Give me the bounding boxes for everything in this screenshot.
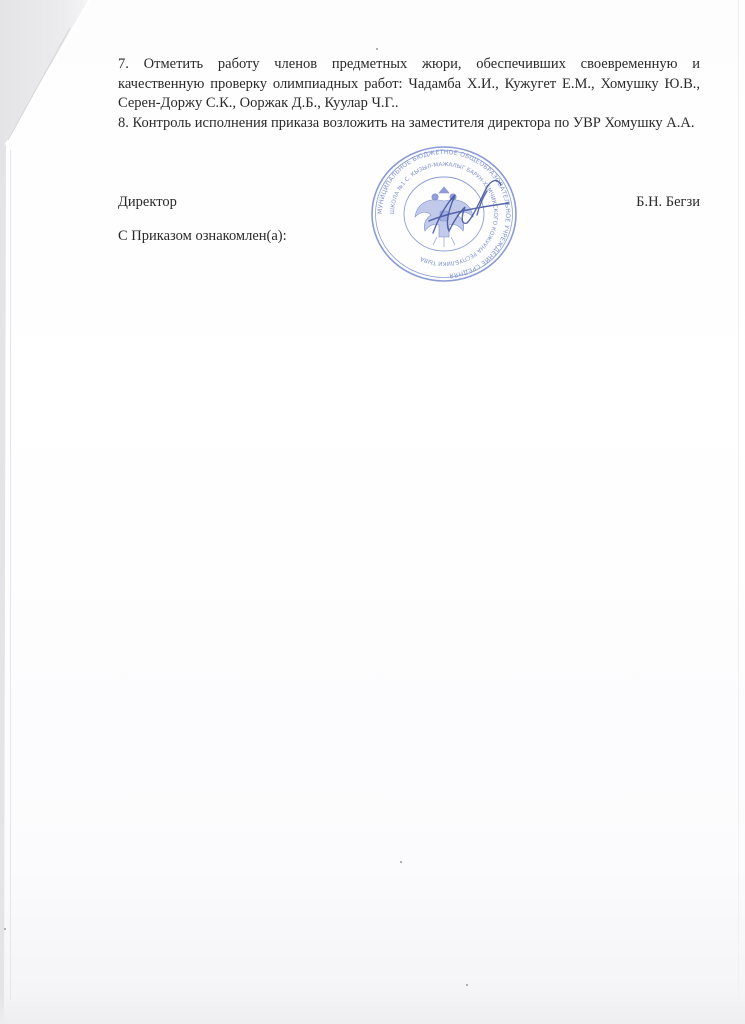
scan-speck <box>400 861 402 863</box>
scan-speck <box>4 928 6 930</box>
page-right-edge <box>738 0 739 1000</box>
page-left-edge <box>10 150 11 1000</box>
page-bottom-shadow <box>0 994 745 1024</box>
scan-speck <box>466 984 468 986</box>
scanned-page: 7. Отметить работу членов предметных жюр… <box>0 0 745 1024</box>
eagle-emblem-icon <box>415 187 473 247</box>
official-stamp-icon: МУНИЦИПАЛЬНОЕ БЮДЖЕТНОЕ ОБЩЕОБРАЗОВАТЕЛЬ… <box>369 145 519 283</box>
order-paragraphs: 7. Отметить работу членов предметных жюр… <box>118 55 700 133</box>
scan-speck <box>376 48 378 50</box>
paragraph-8: 8. Контроль исполнения приказа возложить… <box>118 114 700 134</box>
paragraph-7: 7. Отметить работу членов предметных жюр… <box>118 55 700 114</box>
acknowledgement-label: С Приказом ознакомлен(а): <box>118 227 287 246</box>
folded-corner <box>0 0 100 1024</box>
director-name: Б.Н. Бегзи <box>636 193 700 212</box>
director-label: Директор <box>118 193 177 212</box>
